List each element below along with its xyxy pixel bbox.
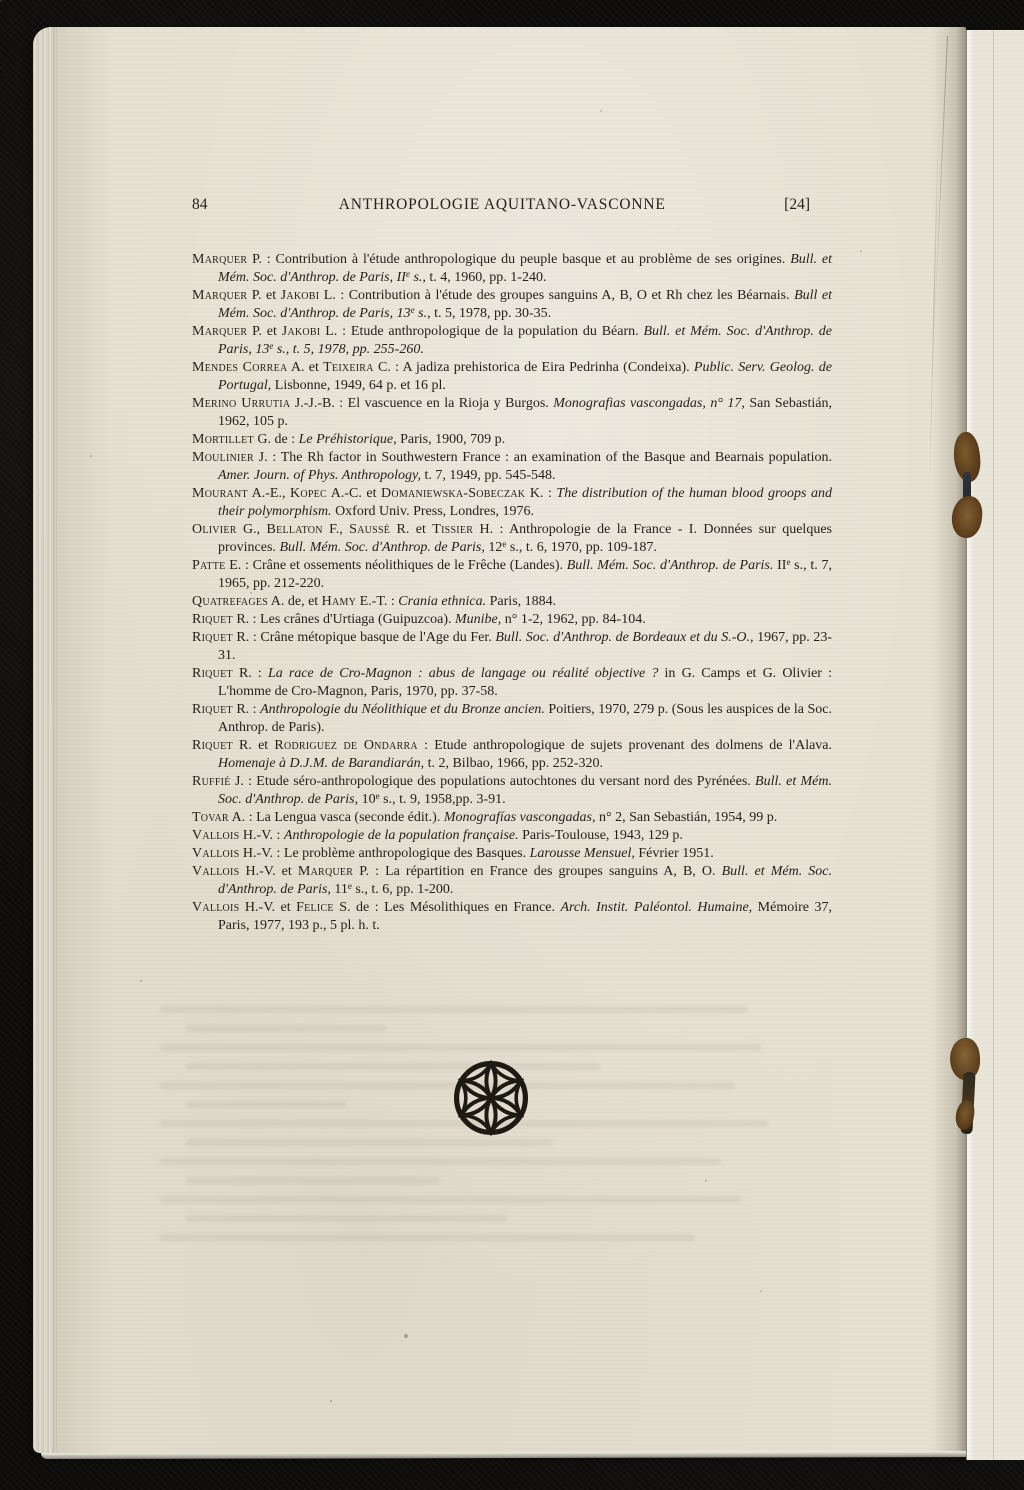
bib-entry: Mourant A.-E., Kopec A.-C. et Domaniewsk… bbox=[192, 485, 832, 521]
bib-entry: Vallois H.-V. : Le problème anthropologi… bbox=[192, 845, 832, 863]
dust-specks bbox=[0, 0, 2, 2]
bib-entry: Merino Urrutia J.-J.-B. : El vascuence e… bbox=[192, 395, 832, 431]
page-content: 84 ANTHROPOLOGIE AQUITANO-VASCONNE [24] … bbox=[192, 27, 832, 49]
bib-entry: Vallois H.-V. et Marquer P. : La réparti… bbox=[192, 863, 832, 899]
bib-entry: Riquet R. : Anthropologie du Néolithique… bbox=[192, 701, 832, 737]
scanned-book-photo: 84 ANTHROPOLOGIE AQUITANO-VASCONNE [24] … bbox=[0, 0, 1024, 1490]
bib-entry: Riquet R. : La race de Cro-Magnon : abus… bbox=[192, 665, 832, 701]
bib-entry: Vallois H.-V. et Felice S. de : Les Méso… bbox=[192, 899, 832, 935]
leaf-fold-line bbox=[993, 30, 994, 1460]
running-head: 84 ANTHROPOLOGIE AQUITANO-VASCONNE [24] bbox=[192, 196, 832, 218]
page-number: 84 bbox=[192, 196, 208, 214]
bib-entry: Olivier G., Bellaton F., Saussé R. et Ti… bbox=[192, 521, 832, 557]
bib-entry: Riquet R. et Rodriguez de Ondarra : Etud… bbox=[192, 737, 832, 773]
book-page: 84 ANTHROPOLOGIE AQUITANO-VASCONNE [24] … bbox=[33, 27, 966, 1453]
bib-entry: Ruffié J. : Etude séro-anthropologique d… bbox=[192, 773, 832, 809]
bib-entry: Vallois H.-V. : Anthropologie de la popu… bbox=[192, 827, 832, 845]
bib-entry: Mendes Correa A. et Teixeira C. : A jadi… bbox=[192, 359, 832, 395]
facing-leaf bbox=[966, 30, 1024, 1460]
folio-number: [24] bbox=[784, 196, 810, 214]
page-bottom-edge bbox=[41, 1451, 1024, 1459]
bib-entry: Marquer P. et Jakobi L. : Etude anthropo… bbox=[192, 323, 832, 359]
bib-entry: Tovar A. : La Lengua vasca (seconde édit… bbox=[192, 809, 832, 827]
bib-entry: Patte E. : Crâne et ossements néolithiqu… bbox=[192, 557, 832, 593]
page-title: ANTHROPOLOGIE AQUITANO-VASCONNE bbox=[339, 196, 666, 214]
bib-entry: Mortillet G. de : Le Préhistorique, Pari… bbox=[192, 431, 832, 449]
bib-entry: Moulinier J. : The Rh factor in Southwes… bbox=[192, 449, 832, 485]
bib-entry: Marquer P. : Contribution à l'étude anth… bbox=[192, 251, 832, 287]
bib-entry: Quatrefages A. de, et Hamy E.-T. : Crani… bbox=[192, 593, 832, 611]
page-curve-shading bbox=[53, 27, 113, 1453]
rosette-ornament-icon bbox=[451, 1058, 531, 1138]
bib-entry: Riquet R. : Les crânes d'Urtiaga (Guipuz… bbox=[192, 611, 832, 629]
bib-entry: Marquer P. et Jakobi L. : Contribution à… bbox=[192, 287, 832, 323]
bibliography-list: Marquer P. : Contribution à l'étude anth… bbox=[192, 251, 832, 935]
bib-entry: Riquet R. : Crâne métopique basque de l'… bbox=[192, 629, 832, 665]
